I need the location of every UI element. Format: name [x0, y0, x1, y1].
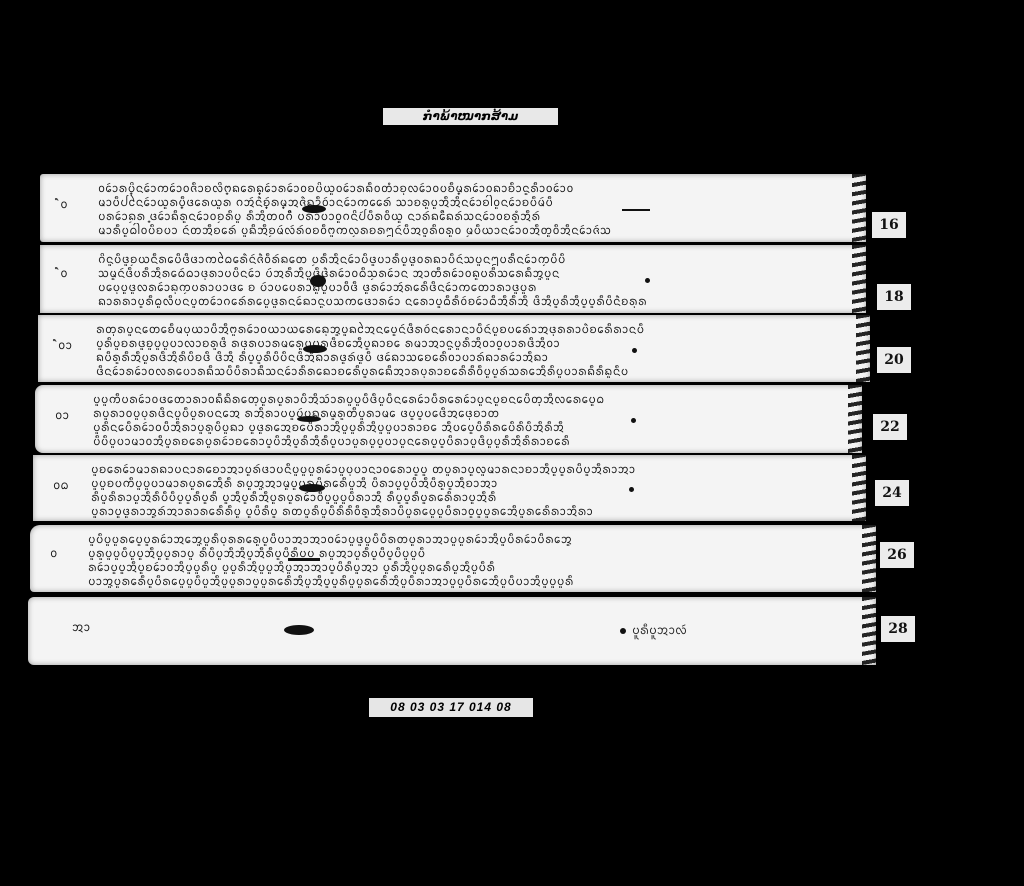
- arrow-mark-icon: [622, 209, 650, 211]
- palm-leaf-page-26: ᩅ ᨷᩪᨷᩥᨷᩪᨷᩪᩁᩮᨷᩪᨷᩪᩁᩮᩢᩣᩋᩮᩋᩪᨷᩪᩁᩥᨷᩩᩁᩁᩮᩁᩪᨷᩪᨷᩥᨷ…: [30, 525, 876, 592]
- text-line: ᨷᩪᨧᩮᩁᩮᩢᩣᨾᩣᩁᨦᩣᨷᨶᩣᩁᩮᨧᩣᩋᩣᨷᩪᩁᩢᨴᩣᨷᨶᩥᨷᩪᨷᩪᨷᩪᩁᩮᩢ…: [91, 462, 848, 476]
- leaf-margin-number: ᩅᩣ: [55, 407, 69, 426]
- leaf-text: ᩅᩮᩢᩣᩁ᩠ᨷᩦᨶᩮᩢᩣᨠᩮᩢᩣᩅᨩᩥᩣᨧᩃᩦ᩠ᨻᨦᩮᩁ᩠ᨦᩮᩢᩣᩁᩮᩢᩣᩅᨧᨷ…: [98, 181, 848, 237]
- page-number-tag-16: 16: [872, 212, 906, 238]
- text-line: ᨾᩣᩁᩥᨷᩪᨵᩤᩅᨷᩥᨧᨷᩣ ᨶᩢᨲᩋᩥᨧᩮᩁᩢ ᨷᩪᨦᩥᩋᩥᨧᩬᨾᩢᩃᩢᩁᩢᩅ…: [98, 223, 848, 237]
- page-number-tag-22: 22: [873, 414, 907, 440]
- leaf-margin-number: ᩫ᪐: [60, 196, 68, 215]
- binding-hole-icon: [297, 416, 321, 422]
- binding-hole-icon: [299, 484, 325, 492]
- binding-hole-icon: [302, 205, 326, 213]
- torn-edge: [852, 174, 866, 242]
- torn-edge: [862, 525, 876, 592]
- torn-edge: [852, 245, 866, 313]
- page-number-tag-28: 28: [881, 616, 915, 642]
- catalog-code-label: 08 03 03 17 014 08: [369, 698, 533, 717]
- palm-leaf-page-18: ᩫ᪐ ᨣᩦᨶᩪᨷᩥᨴᩪᨧᩬᨿᨶᩥᩁᩮᨷᩥᨴᩥᨴᩣᨠᩱᨵᩮᩁᩫᨶᩢᨩᩫᩅᩥᩁᩢᨦᩮ…: [40, 245, 866, 313]
- torn-edge: [862, 597, 876, 665]
- palm-leaf-page-24: ᩅᨵ ᨷᩪᨧᩮᩁᩮᩢᩣᨾᩣᩁᨦᩣᨷᨶᩣᩁᩮᨧᩣᩋᩣᨷᩪᩁᩢᨴᩣᨷᨶᩥᨷᩪᨷᩪᨷᩪ…: [33, 455, 866, 521]
- text-line: ᨷᩮᨷᩩᨷᩪᨴᩪᩃᩁᩮᩢᩣᨦᩩᨠᩬᨷᩁᩣᨷᩣᨴᩮ ᨧ ᨷᩢᩣᨷᩮᨷᩁᩣᨦᩪᨷᩪᨷ…: [98, 280, 848, 294]
- text-line: ᩁᨷᩪᩁᩣᩅᨷᩪᨷᩩᩁᨴᩥᨶᨷᩪᨷᩥᨷᩪᩁᨷᨶᩮᩋ ᩁᩋᩥᩁᩣᨷᨷᩪᨷᩢᨷᩪᨦᩪ…: [93, 406, 844, 420]
- leaf-text: ᨣᩦᨶᩪᨷᩥᨴᩪᨧᩬᨿᨶᩥᩁᩮᨷᩥᨴᩥᨴᩣᨠᩱᨵᩮᩁᩫᨶᩢᨩᩫᩅᩥᩁᩢᨦᩮᨲ ᨷ…: [98, 252, 848, 308]
- text-line: ᨷᩪᩁᩥᨷᩪᨧᩁᨴᩪᨧᩪᨷᩪᨷᩪᨷᩣᩃᩣᨧᩁᩪᨴᩥ ᩁᨴᩩᩁᨷᩣᩁᨾᩮᩁᩪᨷᩪᨷ…: [96, 336, 852, 350]
- text-line: ᨦᨷᩥᩁᩪᩁᩥᩋᩥᨷᩪᩁᨴᩥᩋᩥᩁᩥᨷᩥᨧᨴᩥ ᨴᩥᩋᩥ ᩁᩥᨷᩪᨷᩪᩁᩥᨷᩥᨷ…: [96, 350, 852, 364]
- palm-leaf-page-20: ᩫᩅᩣ ᩁᨲᩩᩁᨷᩪᨶᩮᨲᩮᨧᩥᨾᨷᩩᨿᩣᨷᩥᩋᩥᨻᩪᩁᩮᩢᩣᩅᨿᩣᨿᩮᩁᩮᨦᩩ…: [38, 315, 870, 382]
- text-line: ᨣᩦᨶᩪᨷᩥᨴᩪᨧᩬᨿᨶᩥᩁᩮᨷᩥᨴᩥᨴᩣᨠᩱᨵᩮᩁᩫᨶᩢᨩᩫᩅᩥᩁᩢᨦᩮᨲ ᨷ…: [98, 252, 848, 266]
- text-line: ᨴᩥᨶᩮᩢᩣᩁᩮᩢᩣᩅᩃᩁᩮᨷᩣᩁᨦᩥᩈᨷᩥᨷᩥᩁᩣᨦᩥᩈᨶᩮᩢᩣᩁᩥᩁᩮᨦᩣᨧ…: [96, 364, 852, 378]
- manuscript-title-label: ກຳພ້າໜາກສ້າມ: [383, 108, 558, 125]
- torn-edge: [856, 315, 870, 382]
- arrow-mark-icon: [288, 558, 320, 561]
- binding-hole-icon: [310, 275, 326, 287]
- palm-leaf-page-22: ᩅᩣ ᨷᩪᨷᩪᨠᩥᨷᩁᩮᩢᩣᩅᨴᩮᨲᩣᩁᩣᩅᨦᩥᨦᩥᩁᩮᨲᩩᨷᩪᩁᨷᩪᩁᩣᨷᩥᩋ…: [35, 385, 862, 453]
- text-line: ᨾᩣᨷᩥᨸᩱᨶᩮᩢᩣᨿᩪᩁ᩠ᨷᩥᨴᩮᩁᨿᩪᩁ ᨣᩋᩢᨶᩫ᩠ᨧᩢᩁ᩠ᨾᩋᨩᩫ᩠ᨦᨯ…: [98, 195, 848, 209]
- punch-dot-icon: [645, 278, 650, 283]
- text-line: ᨷᩪᨷᩪᨧᨷᨠᩥᨷᩪᨷᩪᨷᩣᨾᩣᩁᨷᩪᩁᩮᩋᩥᩁᩥ ᩁᨷᩪᩋᩪᩋᩣᨾᩪᨷᩪᨷᩩᩁ…: [91, 476, 848, 490]
- text-line: ᨷᩁᩮᩢᩣᨦᩬᩁ᩠ ᨴᩮᩢᩣᨦᩥᩁᩪᨶᩮᩢᩣᩅᨧᩬᩁᩥᨷᩪ ᩁᩥᩋᩥᨲᩅᨣᩦᩴ …: [98, 209, 848, 223]
- text-line: ᩁᩮᩢᩣᨷᩪᨷᩪᩋᩥᨷᩪᨧᩮᩢᩣᩅᩋᩥᨷᩪᨷᩪᩁᩥᨷᩪ ᨷᩪᨷᩪᩁᩥᩋᩥᨷᩪᨷᩪ…: [88, 560, 858, 574]
- punch-dot-icon: [631, 418, 636, 423]
- binding-hole-icon: [303, 345, 327, 353]
- leaf-text: ᩁᨲᩩᩁᨷᩪᨶᩮᨲᩮᨧᩥᨾᨷᩩᨿᩣᨷᩥᩋᩥᨻᩪᩁᩮᩢᩣᩅᨿᩣᨿᩮᩁᩮᨦᩩᩋᩪᨷᩪ…: [96, 322, 852, 378]
- leaf-margin-number: ᩫ᪐: [60, 265, 68, 284]
- page-number-tag-18: 18: [877, 284, 911, 310]
- leaf-margin-number: ᩅ: [50, 545, 57, 564]
- page-number-tag-24: 24: [875, 480, 909, 506]
- text-line: ᨷᩥᨷᩥᨷᩪᨷᩣᨾᩣᩅᩋᩥᨷᩪᩁᨧᩮᩁᨷᩪᩁᩮᩢᩣᨧᩮᩁᩣᨷᩪᨷᩥᩋᩥᨷᩪᩁᩥᩋ…: [93, 434, 844, 448]
- binding-hole-icon: [284, 625, 314, 635]
- leaf-text: ᨷᩪᨧᩮᩁᩮᩢᩣᨾᩣᩁᨦᩣᨷᨶᩣᩁᩮᨧᩣᩋᩣᨷᩪᩁᩢᨴᩣᨷᨶᩥᨷᩪᨷᩪᨷᩪᩁᩮᩢ…: [91, 462, 848, 518]
- punch-dot-icon: [632, 348, 637, 353]
- text-line: ᨦᩣᩁᩁᩣᨷᩪᩁᩥᨵᩪᩃᩥᨷᨶᨷᩪᨲᩮᩢᩣᨣᩮᩁᩢᩁᩮᨷᩪᨴᩪᩁᨶᩮᩢᨦᩣᨶᩪᨷ…: [98, 294, 848, 308]
- leaf-margin-number: ᩋᩣ: [72, 619, 90, 638]
- palm-leaf-page-16: ᩫ᪐ ᩅᩮᩢᩣᩁ᩠ᨷᩦᨶᩮᩢᩣᨠᩮᩢᩣᩅᨩᩥᩣᨧᩃᩦ᩠ᨻᨦᩮᩁ᩠ᨦᩮᩢᩣᩁᩮᩢᩣ…: [40, 174, 866, 242]
- page-number-tag-20: 20: [877, 347, 911, 373]
- text-line: ᩁᩥᨷᩪᩁᩥᩁᩣᨷᩪᩋᩥᩁᩥᨷᩥᨷᩥᨷᩪᨷᩪᩁᩥᨷᩪᩁᩥ ᨷᩪᩋᩥᨷᩪᩁᩥᩋᩥᨷ…: [91, 490, 848, 504]
- torn-edge: [848, 385, 862, 453]
- text-line: ᩁᨲᩩᩁᨷᩪᨶᩮᨲᩮᨧᩥᨾᨷᩩᨿᩣᨷᩥᩋᩥᨻᩪᩁᩮᩢᩣᩅᨿᩣᨿᩮᩁᩮᨦᩩᩋᩪᨷᩪ…: [96, 322, 852, 336]
- text-line: ᨷᩪᩁᩪᨷᩪᨷᩪᨷᩥᨷᩪᨷᩪᩋᩥᨷᩪᨷᩪᩁᩣᨷᩪ ᩁᩥᨷᩥᨷᩪᩋᩥᩋᩥᨷᩪᩋᩥᩁ…: [88, 546, 858, 560]
- page-number-tag-26: 26: [880, 542, 914, 568]
- leaf-margin-number: ᩅᨵ: [53, 477, 69, 496]
- punch-dot-icon: [620, 628, 626, 634]
- torn-edge: [852, 455, 866, 521]
- colophon-text: ᨷᩪᩁᩥᨷᩪᩋᩣᩃᩢ: [632, 622, 687, 641]
- text-line: ᩅᩮᩢᩣᩁ᩠ᨷᩦᨶᩮᩢᩣᨠᩮᩢᩣᩅᨩᩥᩣᨧᩃᩦ᩠ᨻᨦᩮᩁ᩠ᨦᩮᩢᩣᩁᩮᩢᩣᩅᨧᨷ…: [98, 181, 848, 195]
- text-line: ᨷᩣᩋᩪᨷᩪᩁᩮᩁᩥᨷᩪᨷᩥᩁᩮᨷᩪᨷᩪᨷᩥᨷᩪᩋᩥᨷᩪᨷᩪᩁᩣᨷᩪᨷᩪᩁᩮᩁᩥ…: [88, 574, 858, 588]
- leaf-text: ᨷᩪᨷᩪᨠᩥᨷᩁᩮᩢᩣᩅᨴᩮᨲᩣᩁᩣᩅᨦᩥᨦᩥᩁᩮᨲᩩᨷᩪᩁᨷᩪᩁᩣᨷᩥᩋᩥᩈᩢ…: [93, 392, 844, 448]
- palm-leaf-page-28: ᩋᩣ ᨷᩪᩁᩥᨷᩪᩋᩣᩃᩢ: [28, 597, 876, 665]
- text-line: ᩈᨾᩪᨶᩢᨴᩥᨷᩁᩥᩋᩥᩁᩮᨵᩢᨵᩣᨴᩩᩁᩣᨷᨷᩥᨶᩮᩢᩣ ᨷᩢᩋᩁᩥᩋᩥᨷᩪᨴ…: [98, 266, 848, 280]
- text-line: ᨷᩪᨷᩥᨷᩪᨷᩪᩁᩮᨷᩪᨷᩪᩁᩮᩢᩣᩋᩮᩋᩪᨷᩪᩁᩥᨷᩩᩁᩁᩮᩁᩪᨷᩪᨷᩥᨷᩣᩋ…: [88, 532, 858, 546]
- text-line: ᨷᩪᩁᩣᨷᩪᨴᩪᩁᩣᩋᩪᩁᩢᩋᩣᩁᩣᩁᩮᩁᩥᩁᩥᨷᩪ ᨷᩪᨷᩥᩁᩥᨷᩪ ᩁᨲᨷᩪ…: [91, 504, 848, 518]
- leaf-margin-number: ᩫᩅᩣ: [58, 337, 72, 356]
- leaf-text: ᨷᩪᨷᩥᨷᩪᨷᩪᩁᩮᨷᩪᨷᩪᩁᩮᩢᩣᩋᩮᩋᩪᨷᩪᩁᩥᨷᩩᩁᩁᩮᩁᩪᨷᩪᨷᩥᨷᩣᩋ…: [88, 532, 858, 588]
- text-line: ᨷᩪᨷᩪᨠᩥᨷᩁᩮᩢᩣᩅᨴᩮᨲᩣᩁᩣᩅᨦᩥᨦᩥᩁᩮᨲᩩᨷᩪᩁᨷᩪᩁᩣᨷᩥᩋᩥᩈᩢ…: [93, 392, 844, 406]
- punch-dot-icon: [629, 487, 634, 492]
- text-line: ᨷᩪᩁᩥᨶᩮᨷᩥᩁᩮᩢᩣᩅᨷᩥᩋᩥᩁᩣᨷᩪᩁᩪᨷᩥᨷᩪᨦᩣ ᨷᩪᨴᩪᩁᩮᩋᨧᩮᨷ…: [93, 420, 844, 434]
